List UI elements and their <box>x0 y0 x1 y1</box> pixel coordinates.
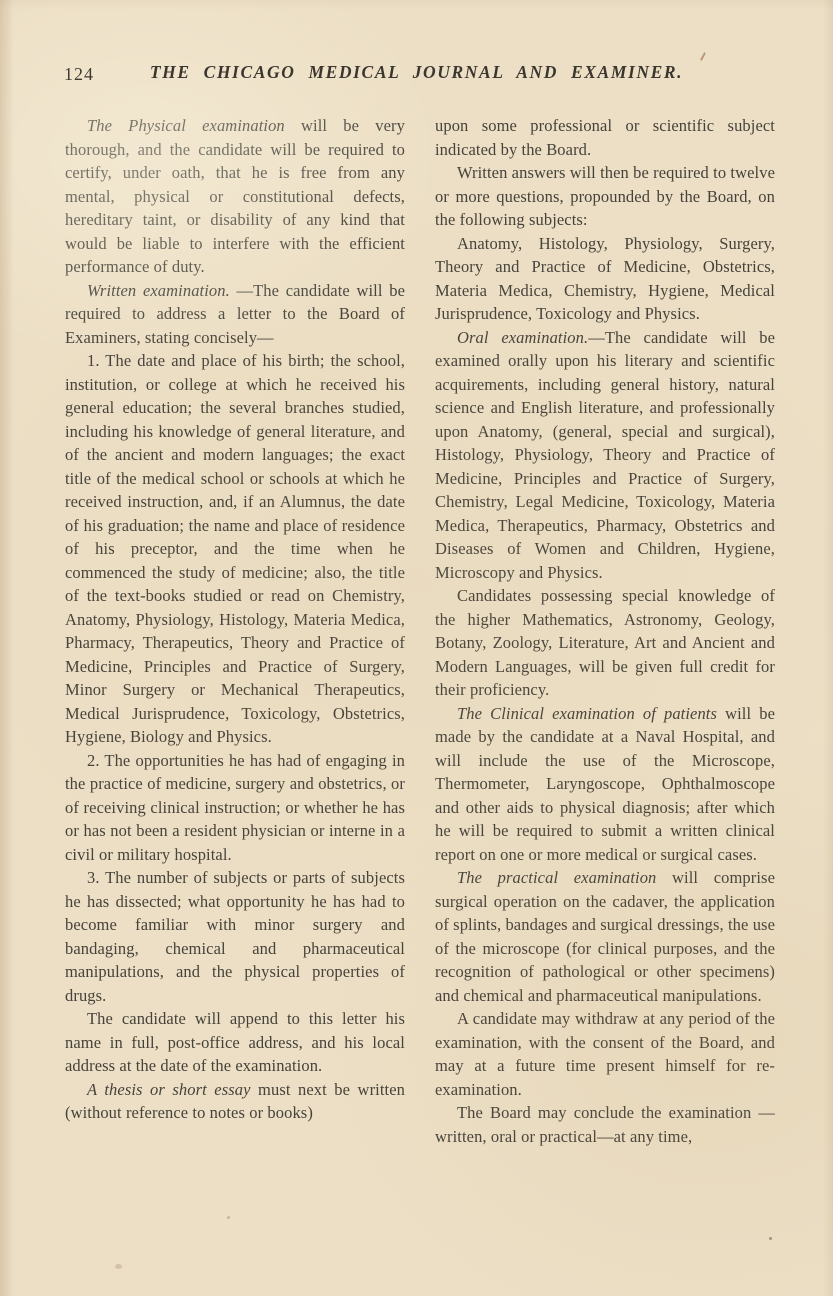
right-column: upon some professional or scientific sub… <box>435 114 775 1148</box>
paragraph-text: The candidate will append to this letter… <box>65 1009 405 1075</box>
paragraph-lead-italic: Written examination. <box>87 281 230 300</box>
paragraph-lead-italic: A thesis or short essay <box>87 1080 251 1099</box>
two-column-body: The Physical examination will be very th… <box>0 88 833 1148</box>
paragraph-lead-italic: The Physical examination <box>87 116 285 135</box>
paper-speck <box>227 1216 230 1219</box>
paragraph-practical-examination: The practical examination will comprise … <box>435 866 775 1007</box>
paragraph-clinical-examination: The Clinical examination of patients wil… <box>435 702 775 867</box>
paragraph-text: will comprise surgical operation on the … <box>435 868 775 1005</box>
page-number: 124 <box>64 64 94 85</box>
journal-page: 124 THE CHICAGO MEDICAL JOURNAL AND EXAM… <box>0 0 833 1296</box>
left-column: The Physical examination will be very th… <box>65 114 405 1148</box>
paragraph-board-conclude: The Board may conclude the examination —… <box>435 1101 775 1148</box>
paragraph-physical-examination: The Physical examination will be very th… <box>65 114 405 279</box>
paragraph-item-3: 3. The number of subjects or parts of su… <box>65 866 405 1007</box>
paragraph-lead-italic: Oral examination. <box>457 328 588 347</box>
paragraph-withdraw: A candidate may withdraw at any period o… <box>435 1007 775 1101</box>
journal-title: THE CHICAGO MEDICAL JOURNAL AND EXAMINER… <box>0 62 833 83</box>
paragraph-item-1: 1. The date and place of his birth; the … <box>65 349 405 749</box>
paragraph-written-examination: Written examination. —The candidate will… <box>65 279 405 350</box>
paragraph-lead-italic: The Clinical examination of patients <box>457 704 717 723</box>
paragraph-text: Anatomy, Histology, Physiology, Surgery,… <box>435 234 775 324</box>
paragraph-item-2: 2. The opportunities he has had of engag… <box>65 749 405 867</box>
paper-speck <box>769 1237 772 1240</box>
paragraph-written-answers: Written answers will then be required to… <box>435 161 775 232</box>
paragraph-text: The Board may conclude the examination —… <box>435 1103 775 1146</box>
paragraph-text: 3. The number of subjects or parts of su… <box>65 868 405 1005</box>
paper-speck <box>115 1264 122 1269</box>
paragraph-oral-examination: Oral examination.—The candidate will be … <box>435 326 775 585</box>
page-header: 124 THE CHICAGO MEDICAL JOURNAL AND EXAM… <box>0 0 833 88</box>
paragraph-subject-list: Anatomy, Histology, Physiology, Surgery,… <box>435 232 775 326</box>
paragraph-continuation: upon some professional or scientific sub… <box>435 114 775 161</box>
paragraph-text: —The candidate will be examined orally u… <box>435 328 775 582</box>
paragraph-text: Written answers will then be required to… <box>435 163 775 229</box>
paragraph-special-knowledge: Candidates possessing special knowledge … <box>435 584 775 702</box>
paragraph-text: 1. The date and place of his birth; the … <box>65 351 405 746</box>
paragraph-text: 2. The opportunities he has had of engag… <box>65 751 405 864</box>
paragraph-lead-italic: The practical examination <box>457 868 656 887</box>
paragraph-text: Candidates possessing special knowledge … <box>435 586 775 699</box>
paragraph-text: A candidate may withdraw at any period o… <box>435 1009 775 1099</box>
paragraph-text: will be very thorough, and the candidate… <box>65 116 405 276</box>
paragraph-thesis-essay: A thesis or short essay must next be wri… <box>65 1078 405 1125</box>
paragraph-text: will be made by the candidate at a Naval… <box>435 704 775 864</box>
paragraph-candidate-append: The candidate will append to this letter… <box>65 1007 405 1078</box>
paragraph-text: upon some professional or scientific sub… <box>435 116 775 159</box>
